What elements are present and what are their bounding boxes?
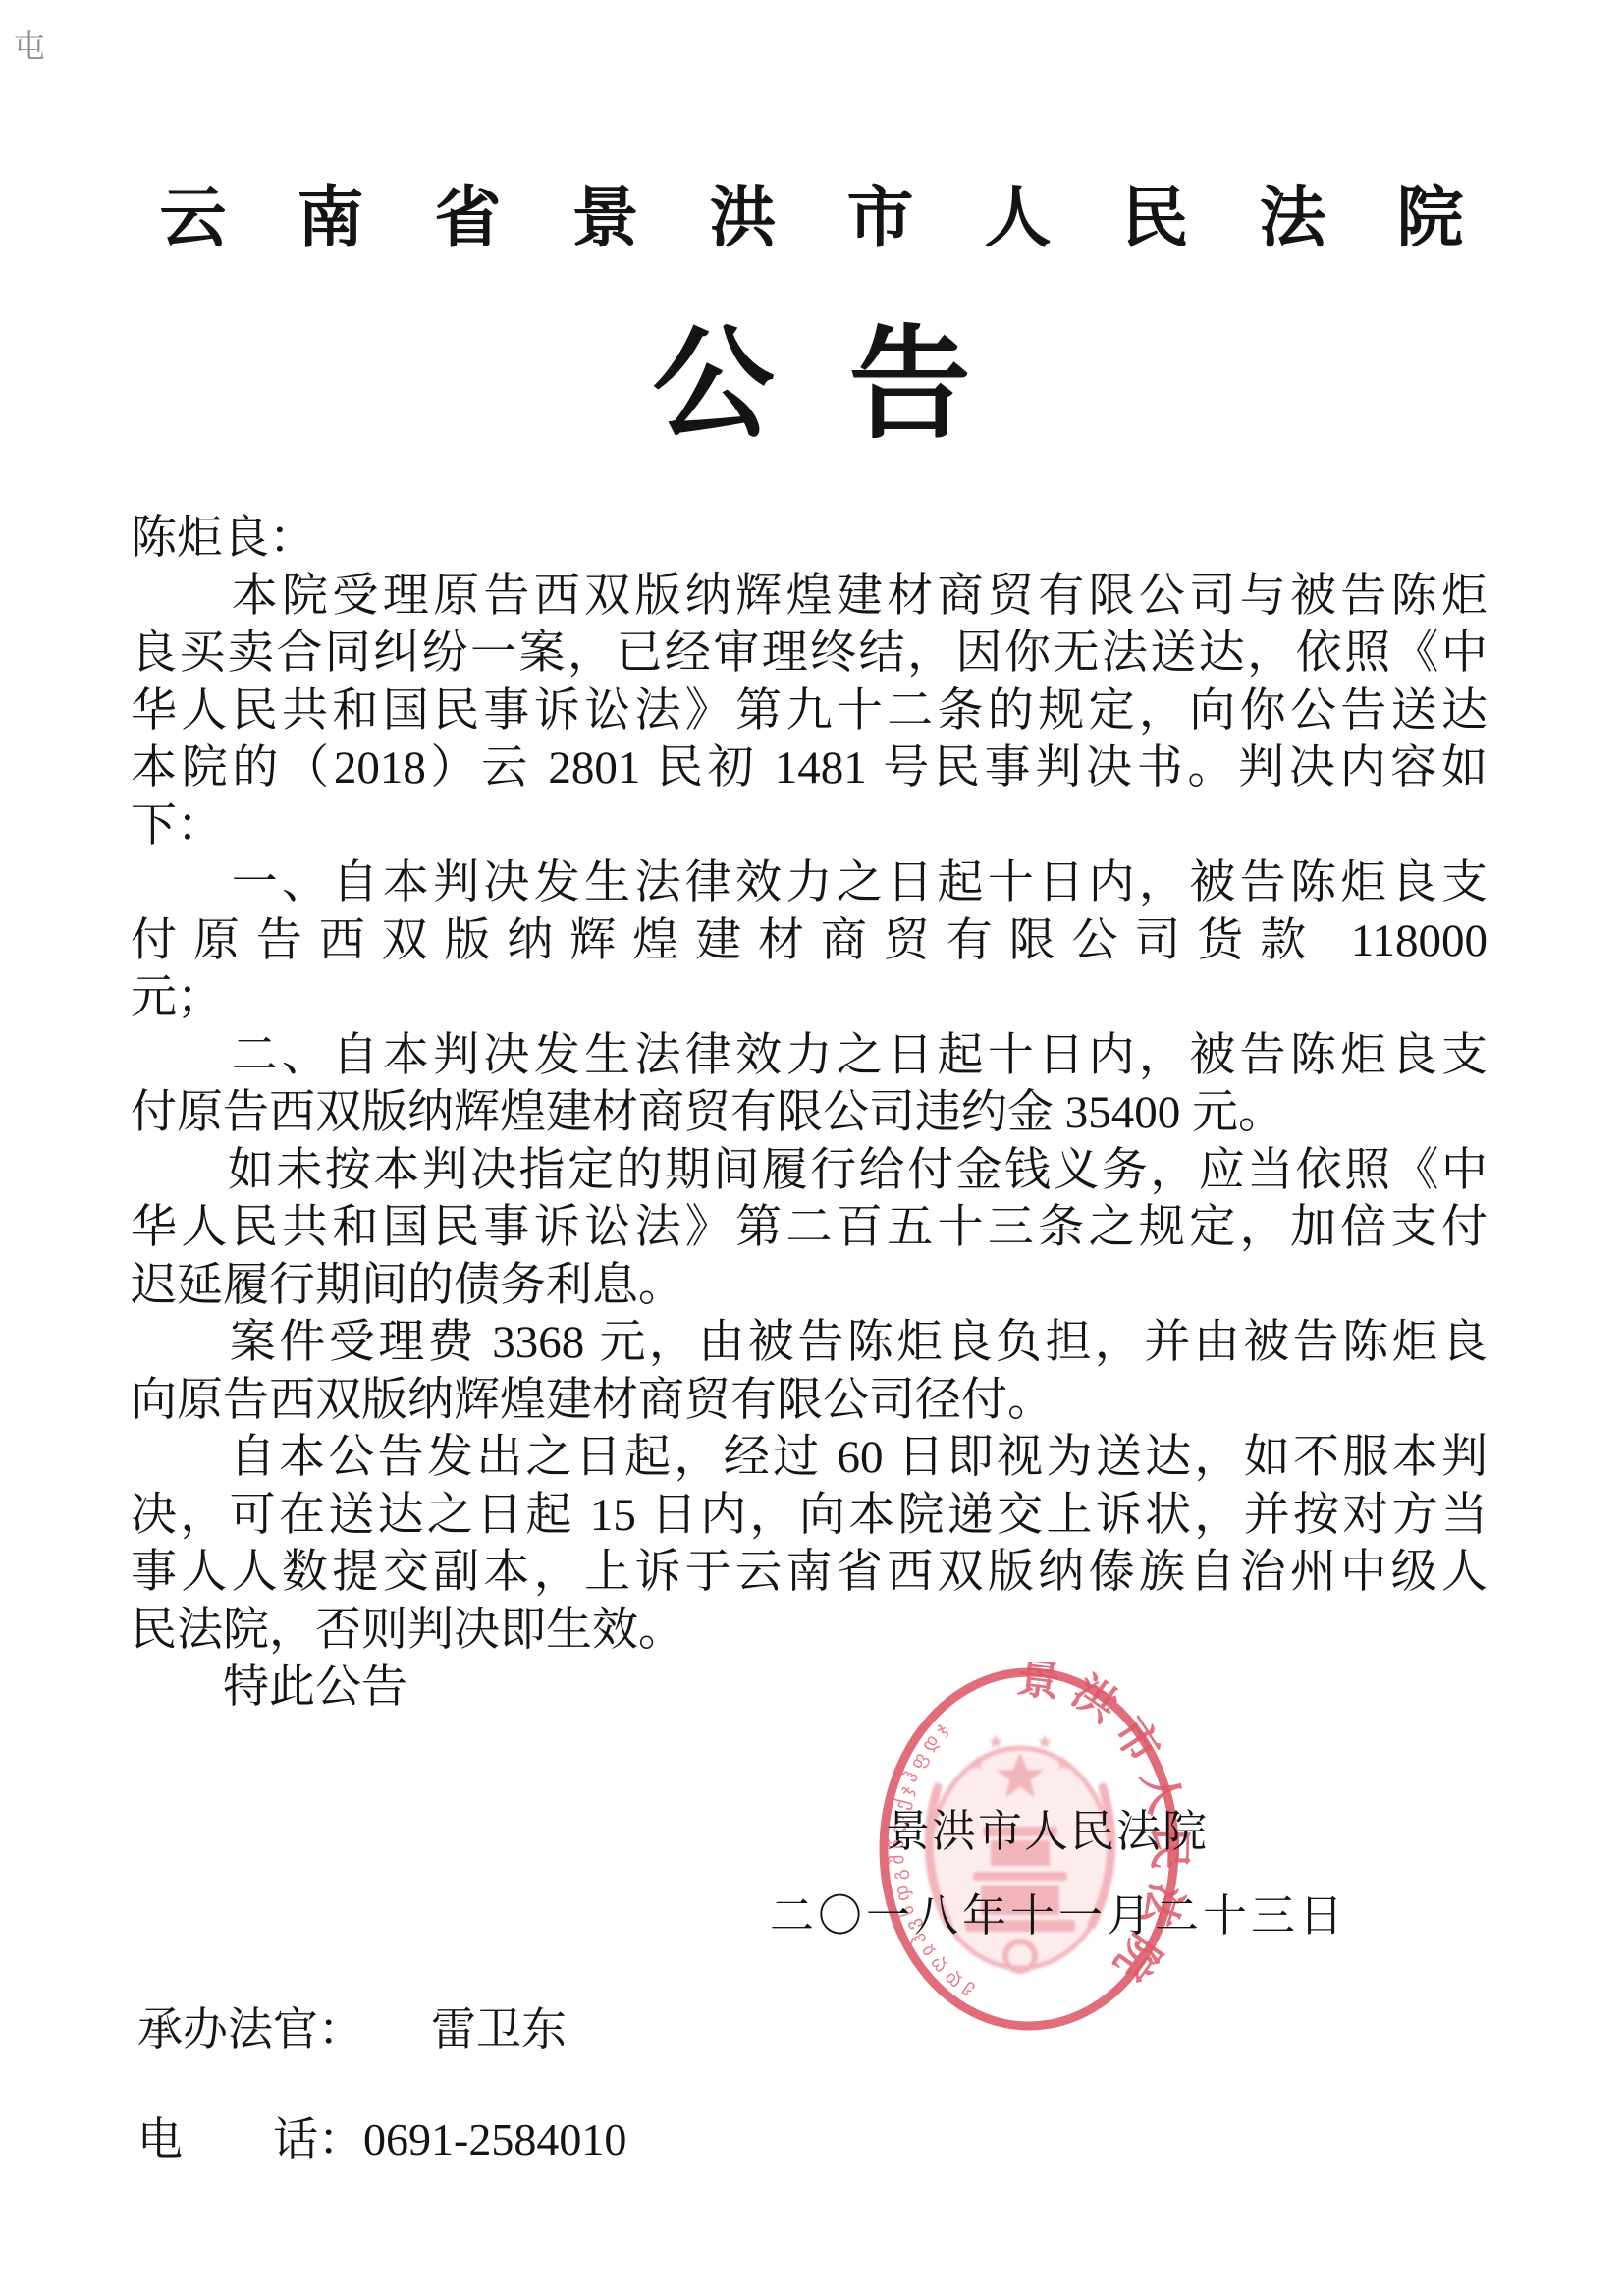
announcement-title: 公告 — [37, 287, 1623, 462]
phone-line: 电 话：0691-2584010 — [137, 2104, 626, 2168]
body-line: 陈炬良： — [131, 510, 1488, 568]
body-line: 付原告西双版纳辉煌建材商贸有限公司货款 118000 — [131, 912, 1488, 970]
body-line: 事人人数提交副本，上诉于云南省西双版纳傣族自治州中级人 — [131, 1544, 1488, 1602]
body-line: 本院的（2018）云 2801 民初 1481 号民事判决书。判决内容如 — [131, 739, 1488, 797]
body-line: 二、自本判决发生法律效力之日起十日内，被告陈炬良支 — [131, 1027, 1488, 1085]
body-line: 迟延履行期间的债务利息。 — [131, 1257, 1488, 1315]
judge-name: 雷卫东 — [431, 2004, 567, 2054]
body-line: 如未按本判决指定的期间履行给付金钱义务，应当依照《中 — [131, 1142, 1488, 1200]
document-page: 屯 云南省景洪市人民法院 公告 陈炬良： 本院受理原告西双版纳辉煌建材商贸有限公… — [0, 0, 1623, 2296]
body-line: 华人民共和国民事诉讼法》第九十二条的规定，向你公告送达 — [131, 683, 1488, 740]
body-line: 向原告西双版纳辉煌建材商贸有限公司径付。 — [131, 1372, 1488, 1430]
announcement-body: 陈炬良： 本院受理原告西双版纳辉煌建材商贸有限公司与被告陈炬良买卖合同纠纷一案，… — [131, 510, 1488, 1717]
body-line: 下： — [131, 797, 1488, 855]
body-line: 决，可在送达之日起 15 日内，向本院递交上诉状，并按对方当 — [131, 1487, 1488, 1545]
scan-artifact: 屯 — [14, 22, 45, 67]
judge-line: 承办法官： 雷卫东 — [137, 1994, 567, 2058]
body-line: 华人民共和国民事诉讼法》第二百五十三条之规定，加倍支付 — [131, 1199, 1488, 1257]
body-line: 自本公告发出之日起，经过 60 日即视为送达，如不服本判 — [131, 1429, 1488, 1487]
signature-date: 二〇一八年十一月二十三日 — [770, 1880, 1347, 1943]
body-line: 一、自本判决发生法律效力之日起十日内，被告陈炬良支 — [131, 854, 1488, 912]
body-line: 案件受理费 3368 元，由被告陈炬良负担，并由被告陈炬良 — [131, 1314, 1488, 1372]
body-line: 本院受理原告西双版纳辉煌建材商贸有限公司与被告陈炬 — [131, 568, 1488, 626]
court-title: 云南省景洪市人民法院 — [35, 165, 1623, 260]
signature-court-name: 景洪市人民法院 — [886, 1795, 1209, 1859]
phone-number: 0691-2584010 — [363, 2114, 626, 2164]
body-line: 特此公告 — [131, 1659, 1488, 1717]
judge-label: 承办法官： — [137, 2004, 341, 2054]
body-line: 付原告西双版纳辉煌建材商贸有限公司违约金 35400 元。 — [131, 1084, 1488, 1142]
body-line: 良买卖合同纠纷一案，已经审理终结，因你无法送达，依照《中 — [131, 625, 1488, 683]
body-line: 元； — [131, 969, 1488, 1027]
phone-label: 电 话： — [137, 2114, 363, 2164]
body-line: 民法院，否则判决即生效。 — [131, 1602, 1488, 1660]
judge-gap — [341, 2004, 431, 2054]
